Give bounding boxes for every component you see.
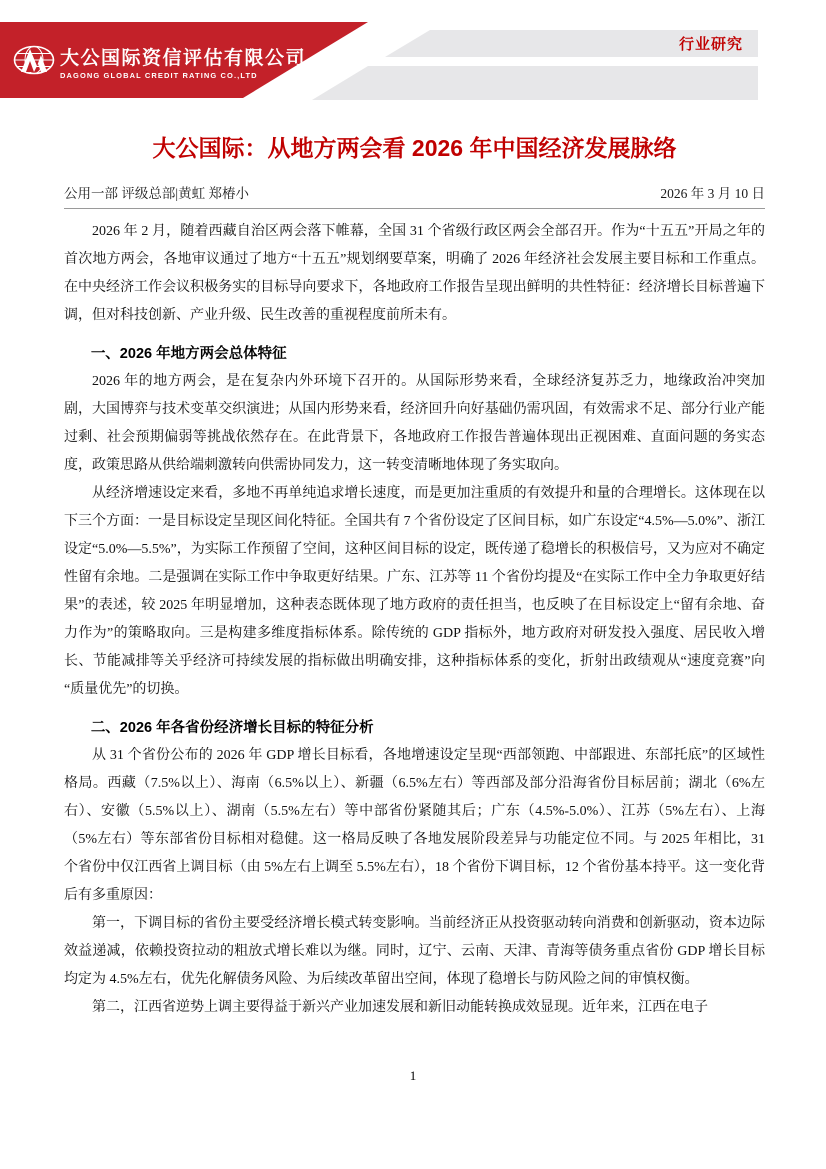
paragraph: 2026 年的地方两会，是在复杂内外环境下召开的。从国际形势来看，全球经济复苏乏… — [64, 368, 765, 480]
report-date: 2026 年 3 月 10 日 — [660, 182, 765, 202]
article-title: 大公国际：从地方两会看 2026 年中国经济发展脉络 — [64, 132, 765, 164]
byline-row: 公用一部 评级总部|黄虹 郑椿小 2026 年 3 月 10 日 — [64, 182, 765, 209]
paragraph: 2026 年 2 月，随着西藏自治区两会落下帷幕，全国 31 个省级行政区两会全… — [64, 218, 765, 330]
paragraph: 从 31 个省份公布的 2026 年 GDP 增长目标看，各地增速设定呈现“西部… — [64, 742, 765, 910]
paragraph: 第二，江西省逆势上调主要得益于新兴产业加速发展和新旧动能转换成效显现。近年来，江… — [64, 994, 765, 1022]
paragraph: 从经济增速设定来看，多地不再单纯追求增长速度，而是更加注重质的有效提升和量的合理… — [64, 480, 765, 704]
article-body: 2026 年 2 月，随着西藏自治区两会落下帷幕，全国 31 个省级行政区两会全… — [64, 218, 765, 1022]
page-footer: 1 — [0, 1068, 826, 1084]
section-heading: 二、2026 年各省份经济增长目标的特征分析 — [64, 714, 765, 742]
document-page: 行业研究 大公国际资信评估有限公司 DAGONG GLOBAL CREDIT R… — [0, 0, 826, 1169]
paragraph: 第一，下调目标的省份主要受经济增长模式转变影响。当前经济正从投资驱动转向消费和创… — [64, 910, 765, 994]
section-heading: 一、2026 年地方两会总体特征 — [64, 340, 765, 368]
page-number: 1 — [410, 1068, 417, 1083]
article: 大公国际：从地方两会看 2026 年中国经济发展脉络 公用一部 评级总部|黄虹 … — [0, 0, 826, 1022]
byline-authors: 公用一部 评级总部|黄虹 郑椿小 — [64, 182, 249, 202]
